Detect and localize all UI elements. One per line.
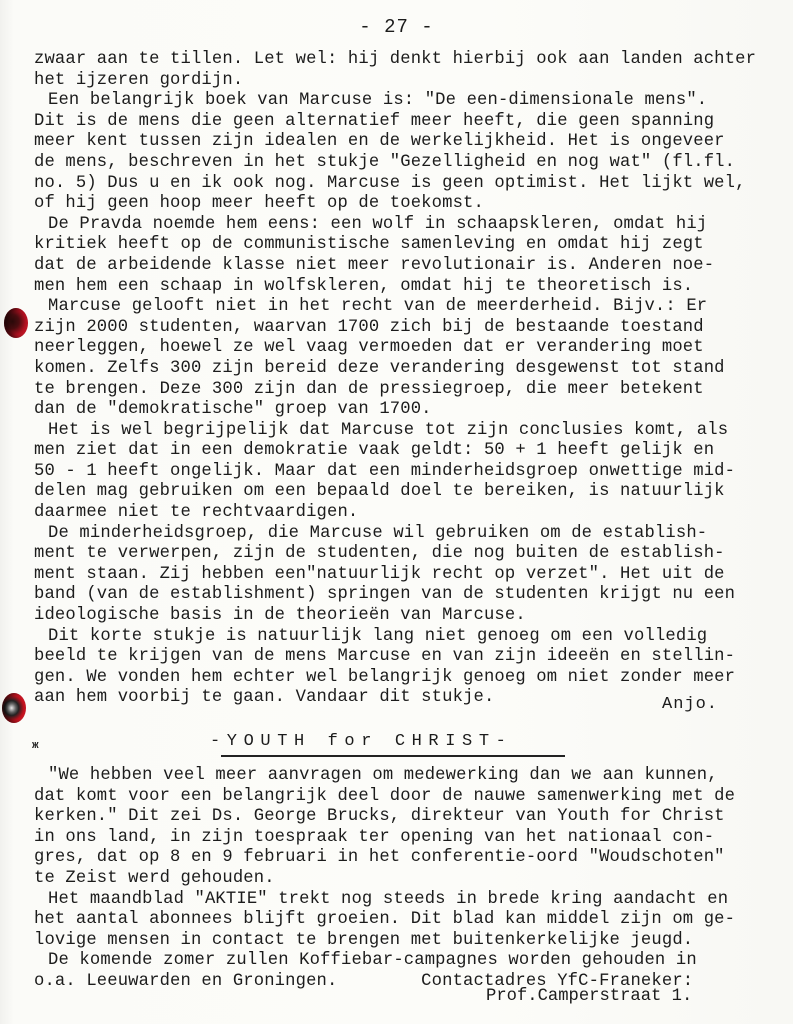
text-line: delen mag gebruiken om een bepaald doel … <box>34 482 756 503</box>
text-line: neerleggen, hoewel ze wel vaag vermoeden… <box>34 338 756 359</box>
text-line: zwaar aan te tillen. Let wel: hij denkt … <box>34 50 756 71</box>
text-line: band (van de establishment) springen van… <box>34 585 756 606</box>
text-line: men hem een schaap in wolfskleren, omdat… <box>34 277 756 298</box>
author-signature: Anjo. <box>662 695 718 714</box>
text-line: "We hebben veel meer aanvragen om medewe… <box>34 766 735 787</box>
text-line: men ziet dat in een demokratie vaak geld… <box>34 441 756 462</box>
text-line: dat de arbeidende klasse niet meer revol… <box>34 256 756 277</box>
text-line: Marcuse gelooft niet in het recht van de… <box>34 297 756 318</box>
punch-hole-bottom <box>2 693 26 723</box>
section-heading-youth-for-christ: -YOUTH for CHRIST- <box>210 732 512 751</box>
contact-address: Prof.Camperstraat 1. <box>486 987 692 1006</box>
text-line: of hij geen hoop meer heeft op de toekom… <box>34 194 756 215</box>
text-line: dan de "demokratische" groep van 1700. <box>34 400 756 421</box>
text-line: het ijzeren gordijn. <box>34 71 756 92</box>
text-line: beeld te krijgen van de mens Marcuse en … <box>34 647 756 668</box>
text-line: in ons land, in zijn toespraak ter openi… <box>34 828 735 849</box>
article-marcuse-body: zwaar aan te tillen. Let wel: hij denkt … <box>34 50 756 709</box>
text-line: kritiek heeft op de communistische samen… <box>34 235 756 256</box>
text-line: Het maandblad "AKTIE" trekt nog steeds i… <box>34 890 735 911</box>
text-line: Dit is de mens die geen alternatief meer… <box>34 112 756 133</box>
article-youth-for-christ-body: "We hebben veel meer aanvragen om medewe… <box>34 766 735 993</box>
text-line: 50 - 1 heeft ongelijk. Maar dat een mind… <box>34 462 756 483</box>
text-line: te brengen. Deze 300 zijn dan de pressie… <box>34 380 756 401</box>
text-line: ment staan. Zij hebben een"natuurlijk re… <box>34 565 756 586</box>
text-line: daarmee niet te rechtvaardigen. <box>34 503 756 524</box>
text-line: dat komt voor een belangrijk deel door d… <box>34 787 735 808</box>
text-line: ment te verwerpen, zijn de studenten, di… <box>34 544 756 565</box>
text-line: De komende zomer zullen Koffiebar-campag… <box>34 951 735 972</box>
document-page: - 27 - zwaar aan te tillen. Let wel: hij… <box>0 0 793 1024</box>
text-line: de mens, beschreven in het stukje "Gezel… <box>34 153 756 174</box>
text-line: komen. Zelfs 300 zijn bereid deze verand… <box>34 359 756 380</box>
text-line: gres, dat op 8 en 9 februari in het conf… <box>34 848 735 869</box>
text-line: De minderheidsgroep, die Marcuse wil geb… <box>34 524 756 545</box>
text-line: Een belangrijk boek van Marcuse is: "De … <box>34 91 756 112</box>
text-line: te Zeist werd gehouden. <box>34 869 735 890</box>
text-line: ideologische basis in de theorieën van M… <box>34 606 756 627</box>
text-line: Dit korte stukje is natuurlijk lang niet… <box>34 627 756 648</box>
text-line: aan hem voorbij te gaan. Vandaar dit stu… <box>34 688 756 709</box>
text-line: meer kent tussen zijn idealen en de werk… <box>34 132 756 153</box>
page-number: - 27 - <box>0 16 793 38</box>
text-line: no. 5) Dus u en ik ook nog. Marcuse is g… <box>34 174 756 195</box>
text-line: De Pravda noemde hem eens: een wolf in s… <box>34 215 756 236</box>
text-line: zijn 2000 studenten, waarvan 1700 zich b… <box>34 318 756 339</box>
text-line: Het is wel begrijpelijk dat Marcuse tot … <box>34 421 756 442</box>
margin-mark: ж <box>32 740 39 752</box>
text-line: gen. We vonden hem echter wel belangrijk… <box>34 668 756 689</box>
text-line: lovige mensen in contact te brengen met … <box>34 931 735 952</box>
punch-hole-top <box>4 308 28 338</box>
text-line: het aantal abonnees blijft groeien. Dit … <box>34 910 735 931</box>
text-line: kerken." Dit zei Ds. George Brucks, dire… <box>34 807 735 828</box>
heading-underline <box>221 755 565 757</box>
